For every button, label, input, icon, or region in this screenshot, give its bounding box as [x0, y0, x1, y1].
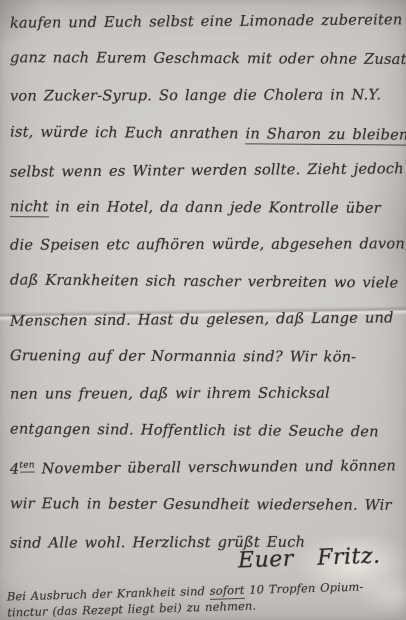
handwriting-text: ist, würde ich Euch anrathen	[10, 123, 246, 142]
handwriting-text: Gruening auf der Normannia sind? Wir kön…	[10, 347, 356, 366]
underlined-handwriting: sofort	[210, 583, 245, 600]
letter-line: nen uns freuen, daß wir ihrem Schicksal	[10, 384, 400, 423]
letter-line: kaufen und Euch selbst eine Limonade zub…	[10, 11, 400, 52]
letter-page: kaufen und Euch selbst eine Limonade zub…	[0, 0, 406, 620]
underlined-handwriting: nicht	[10, 198, 49, 217]
handwriting-text: in ein Hotel, da dann jede Kontrolle übe…	[49, 198, 381, 216]
letter-body: kaufen und Euch selbst eine Limonade zub…	[10, 13, 400, 571]
letter-line: ganz nach Eurem Geschmack mit oder ohne …	[10, 49, 400, 88]
handwriting-text: Menschen sind. Hast du gelesen, daß Lang…	[10, 309, 394, 329]
handwriting-text: wir Euch in bester Gesundheit wiedersehe…	[10, 496, 392, 515]
postscript: Bei Ausbruch der Krankheit sind sofort 1…	[7, 578, 404, 620]
letter-line: wir Euch in bester Gesundheit wiedersehe…	[10, 496, 400, 535]
letter-line: ist, würde ich Euch anrathen in Sharon z…	[10, 123, 400, 163]
underlined-handwriting: in Sharon zu bleiben,	[245, 125, 406, 145]
handwriting-text: ganz nach Eurem Geschmack mit oder ohne …	[10, 49, 406, 68]
letter-line: von Zucker-Syrup. So lange die Cholera i…	[10, 87, 400, 126]
handwriting-text: daß Krankheiten sich rascher verbreiten …	[10, 272, 398, 292]
handwriting-text: kaufen und Euch selbst eine Limonade zub…	[10, 11, 403, 31]
letter-line: selbst wenn es Winter werden sollte. Zie…	[10, 160, 400, 201]
letter-line: Menschen sind. Hast du gelesen, daß Lang…	[10, 309, 400, 350]
handwriting-text: November überall verschwunden und können	[35, 458, 396, 478]
handwriting-text: 4	[10, 461, 20, 478]
letter-line: nicht in ein Hotel, da dann jede Kontrol…	[10, 198, 400, 237]
handwriting-text: selbst wenn es Winter werden sollte. Zie…	[10, 160, 404, 180]
handwriting-text: die Speisen etc aufhören würde, abgesehe…	[10, 235, 406, 253]
letter-line: Gruening auf der Normannia sind? Wir kön…	[10, 347, 400, 386]
letter-line: die Speisen etc aufhören würde, abgesehe…	[10, 235, 400, 274]
letter-line: entgangen sind. Hoffentlich ist die Seuc…	[10, 421, 400, 461]
signature: Euer Fritz.	[238, 544, 381, 574]
handwriting-text: von Zucker-Syrup. So lange die Cholera i…	[10, 87, 381, 105]
letter-line: daß Krankheiten sich rascher verbreiten …	[10, 272, 400, 312]
handwriting-text: nen uns freuen, daß wir ihrem Schicksal	[10, 384, 330, 402]
handwriting-text: entgangen sind. Hoffentlich ist die Seuc…	[10, 421, 379, 441]
letter-line: 4ten November überall verschwunden und k…	[10, 458, 400, 499]
underlined-handwriting: ten	[19, 461, 34, 473]
handwriting-text: 10 Tropfen Opium-	[244, 580, 363, 597]
